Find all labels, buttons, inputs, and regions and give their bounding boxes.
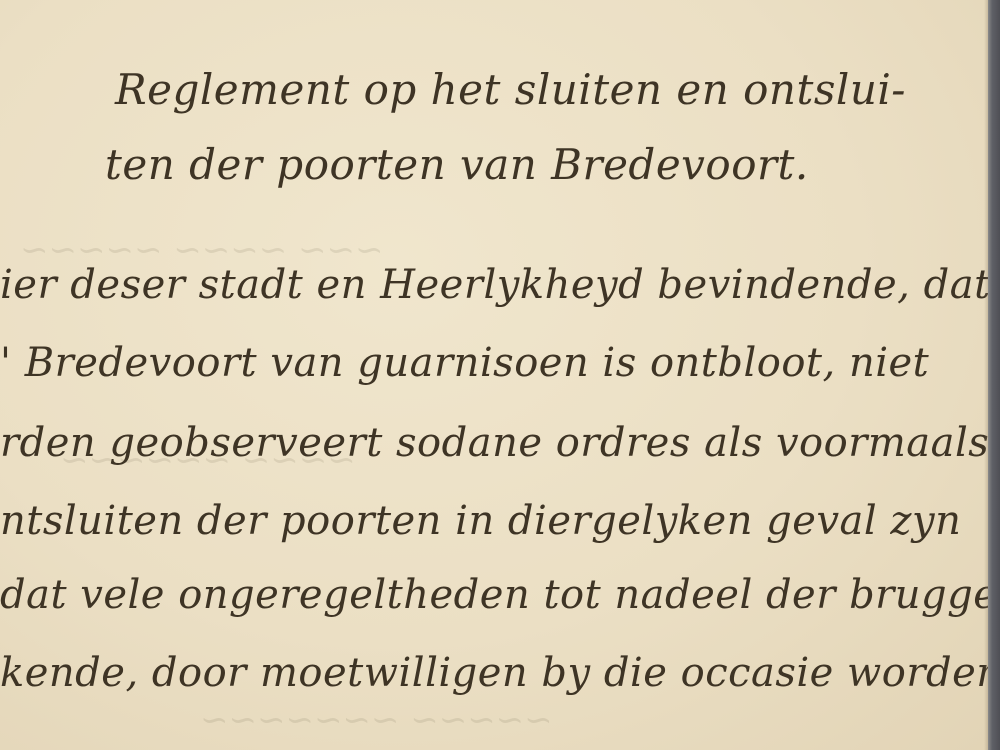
- title-line-1: Reglement op het sluiten en ontslui-: [115, 65, 906, 114]
- title-line-2: ten der poorten van Bredevoort.: [105, 140, 809, 189]
- body-line-5: dat vele ongeregeltheden tot nadeel der …: [0, 572, 990, 618]
- body-line-1: ier deser stadt en Heerlykheyd bevindend…: [0, 262, 990, 308]
- body-line-3: rden geobserveert sodane ordres als voor…: [0, 420, 989, 466]
- body-line-6: kende, door moetwilligen by die occasie …: [0, 650, 990, 696]
- binding-edge: [988, 0, 1000, 750]
- body-line-4: ntsluiten der poorten in diergelyken gev…: [0, 498, 961, 544]
- body-line-2: ' Bredevoort van guarnisoen is ontbloot,…: [0, 340, 929, 386]
- manuscript-page: ~~~ ~~~~ ~~~~~ ~~~~ ~~~~~~ ~~~~~ ~~~~~~~…: [0, 0, 990, 750]
- ink-bleed-through: ~~~~~ ~~~~~~~: [200, 700, 553, 740]
